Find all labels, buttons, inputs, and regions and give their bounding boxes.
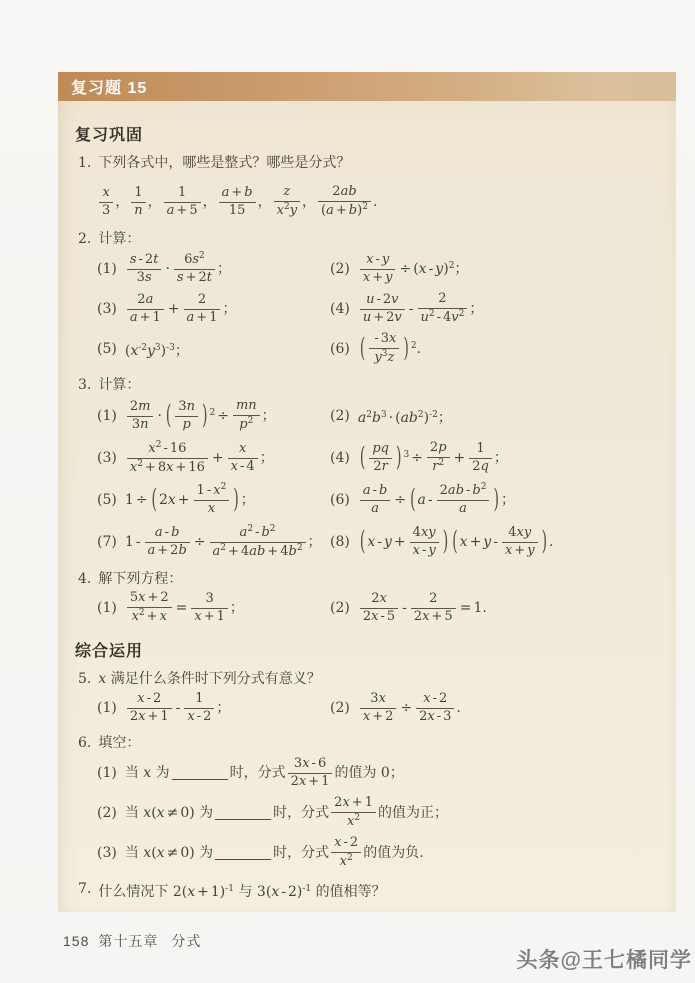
item-row: (1)x-22x+1-1x-2；(2)3xx+2÷x-22x-3. (97, 689, 666, 727)
problem-item: (5)(x-2y3)-3； (97, 338, 330, 361)
item-row: (3)2aa+1+2a+1；(4)u-2vu+2v-2u2-4v2； (97, 289, 666, 329)
problem-number: 6. (78, 733, 91, 753)
fraction: 1a+5 (164, 185, 201, 220)
problem: 5.x 满足什么条件时下列分式有意义？(1)x-22x+1-1x-2；(2)3x… (58, 669, 666, 727)
item-label: (2) (97, 803, 117, 823)
fraction: 6s2s+2t (174, 251, 215, 287)
item-row: (5)1÷(2x+1-x2x)；(6)a-ba÷(a-2ab-b2a)； (97, 479, 666, 521)
problem-item: x3，1n，1a+5，a+b15，zx2y，2ab(a+b)2. (97, 184, 666, 220)
problem-number: 5. (78, 669, 91, 689)
problem-item: (3)x2-16x2+8x+16+xx-4； (97, 440, 330, 477)
problem-intro: 3.计算： (58, 375, 666, 395)
problem-text: 解下列方程： (98, 569, 182, 589)
fraction: 1x-2 (184, 691, 214, 726)
item-label: (4) (330, 299, 350, 319)
item-math: x-yx+y÷(x-y)2； (358, 252, 469, 287)
fraction: 2x2x-5 (360, 591, 398, 626)
problem-number: 4. (78, 569, 91, 589)
item-row: (3)x2-16x2+8x+16+xx-4；(4)(pq2r)3÷2pr2+12… (97, 437, 666, 479)
problem-item: (1)当 x 为时，分式3x-62x+1的值为 0； (97, 756, 666, 791)
problem-items: (1)5x+2x2+x=3x+1；(2)2x2x-5-22x+5=1. (58, 589, 666, 627)
item-math: 1÷(2x+1-x2x)； (125, 482, 255, 518)
problem-item: (6)(-3xy3z)2. (330, 331, 666, 367)
fraction: a2-b2a2+4ab+4b2 (210, 524, 306, 561)
problem-number: 7. (78, 879, 91, 902)
problem-item: (1)2m3n·(3np)2÷mnp2； (97, 398, 330, 434)
fraction: 2x+1x2 (331, 795, 376, 831)
problem-item: (1)x-22x+1-1x-2； (97, 691, 330, 726)
problem-text: 填空： (98, 733, 140, 753)
exercise-title-banner: 复习题 15 (58, 72, 676, 101)
problem-intro: 7.什么情况下 2(x+1)-1 与 3(x-2)-1 的值相等？ (58, 879, 666, 902)
fraction: 12q (469, 441, 492, 476)
fraction: x-yx+y (360, 252, 396, 287)
problem-intro: 2.计算： (58, 229, 666, 249)
item-row: (7)1-a-ba+2b÷a2-b2a2+4ab+4b2；(8)(x-y+4xy… (97, 521, 666, 563)
fraction: a-ba+2b (145, 525, 190, 560)
problem: 4.解下列方程：(1)5x+2x2+x=3x+1；(2)2x2x-5-22x+5… (58, 569, 666, 627)
problem: 7.什么情况下 2(x+1)-1 与 3(x-2)-1 的值相等？ (58, 879, 666, 902)
item-math: (-3xy3z)2. (358, 331, 421, 367)
problem-text: 下列各式中，哪些是整式？哪些是分式？ (98, 153, 350, 173)
problem-number: 2. (78, 229, 91, 249)
fraction: x2-16x2+8x+16 (127, 440, 208, 477)
item-row: (1)当 x 为时，分式3x-62x+1的值为 0； (97, 753, 666, 793)
problem-item: (1)5x+2x2+x=3x+1； (97, 590, 330, 626)
fraction: mnp2 (233, 398, 260, 434)
item-row: (2)当 x(x≠0) 为时，分式2x+1x2的值为正； (97, 793, 666, 833)
problem-item: (3)2aa+1+2a+1； (97, 292, 330, 327)
problem-text: 什么情况下 2(x+1)-1 与 3(x-2)-1 的值相等？ (98, 879, 385, 902)
problem-number: 3. (78, 375, 91, 395)
fraction: 2u2-4v2 (418, 291, 468, 327)
item-label: (1) (97, 598, 117, 618)
item-math: a-ba÷(a-2ab-b2a)； (358, 482, 515, 518)
chapter-title: 分式 (171, 934, 201, 950)
fraction: 2m3n (127, 399, 154, 434)
problem-item: (4)(pq2r)3÷2pr2+12q； (330, 440, 666, 476)
item-math: x2-16x2+8x+16+xx-4； (125, 440, 274, 477)
item-label: (6) (330, 490, 350, 510)
blank-line (215, 806, 271, 820)
problem: 1.下列各式中，哪些是整式？哪些是分式？x3，1n，1a+5，a+b15，zx2… (58, 153, 666, 223)
item-label: (2) (330, 698, 350, 718)
problem: 2.计算：(1)s-2t3s·6s2s+2t；(2)x-yx+y÷(x-y)2；… (58, 229, 666, 369)
problem-intro: 6.填空： (58, 733, 666, 753)
item-row: x3，1n，1a+5，a+b15，zx2y，2ab(a+b)2. (97, 181, 666, 223)
problem-items: (1)s-2t3s·6s2s+2t；(2)x-yx+y÷(x-y)2；(3)2a… (58, 249, 666, 369)
blank-line (172, 766, 228, 780)
item-label: (7) (97, 532, 117, 552)
fraction: pq2r (369, 441, 392, 476)
item-label: (5) (97, 339, 117, 359)
item-math: 3xx+2÷x-22x-3. (358, 691, 461, 726)
item-label: (1) (97, 259, 117, 279)
item-math: 当 x(x≠0) 为时，分式x-2x2的值为负. (125, 835, 424, 871)
item-label: (3) (97, 843, 117, 863)
item-label: (4) (330, 448, 350, 468)
problem-item: (1)s-2t3s·6s2s+2t； (97, 251, 330, 287)
fraction: x-2x2 (331, 835, 361, 871)
problem-item: (3)当 x(x≠0) 为时，分式x-2x2的值为负. (97, 835, 666, 871)
item-label: (2) (330, 598, 350, 618)
problem-number: 1. (78, 153, 91, 173)
problem-item: (2)当 x(x≠0) 为时，分式2x+1x2的值为正； (97, 795, 666, 831)
problem-item: (6)a-ba÷(a-2ab-b2a)； (330, 482, 666, 518)
item-label: (6) (330, 339, 350, 359)
fraction: xx-4 (228, 441, 258, 476)
fraction: -3xy3z (369, 331, 399, 367)
problem-items: (1)当 x 为时，分式3x-62x+1的值为 0；(2)当 x(x≠0) 为时… (58, 753, 666, 873)
fraction: 2ab(a+b)2 (318, 184, 371, 220)
problem-item: (5)1÷(2x+1-x2x)； (97, 482, 330, 518)
item-math: 1-a-ba+2b÷a2-b2a2+4ab+4b2； (125, 524, 322, 561)
fraction: 4xyx+y (502, 525, 538, 560)
fraction: 3x-62x+1 (288, 756, 333, 791)
problem-item: (8)(x-y+4xyx-y)(x+y-4xyx+y). (330, 525, 666, 560)
problem-text: 计算： (98, 229, 140, 249)
problem: 6.填空：(1)当 x 为时，分式3x-62x+1的值为 0；(2)当 x(x≠… (58, 733, 666, 873)
item-math: s-2t3s·6s2s+2t； (125, 251, 231, 287)
section: 综合运用5.x 满足什么条件时下列分式有意义？(1)x-22x+1-1x-2；(… (58, 641, 666, 902)
item-label: (2) (330, 406, 350, 426)
item-label: (1) (97, 406, 117, 426)
fraction: 2a+1 (184, 292, 221, 327)
item-label: (3) (97, 448, 117, 468)
page-number: 158 (63, 933, 89, 949)
problem-items: x3，1n，1a+5，a+b15，zx2y，2ab(a+b)2. (58, 181, 666, 223)
item-math: 5x+2x2+x=3x+1； (125, 590, 244, 626)
exercise-title: 复习题 15 (71, 75, 147, 98)
item-row: (3)当 x(x≠0) 为时，分式x-2x2的值为负. (97, 833, 666, 873)
problem-item: (2)a2b3·(ab2)-2； (330, 405, 666, 428)
problem-intro: 1.下列各式中，哪些是整式？哪些是分式？ (58, 153, 666, 173)
problem-items: (1)2m3n·(3np)2÷mnp2；(2)a2b3·(ab2)-2；(3)x… (58, 395, 666, 563)
item-label: (8) (330, 532, 350, 552)
fraction: 22x+5 (411, 591, 456, 626)
problem: 3.计算：(1)2m3n·(3np)2÷mnp2；(2)a2b3·(ab2)-2… (58, 375, 666, 563)
item-row: (1)2m3n·(3np)2÷mnp2；(2)a2b3·(ab2)-2； (97, 395, 666, 437)
blank-line (215, 846, 271, 860)
textbook-page: 复习题 15 复习巩固1.下列各式中，哪些是整式？哪些是分式？x3，1n，1a+… (58, 72, 676, 912)
item-label: (5) (97, 490, 117, 510)
fraction: x-22x-3 (416, 691, 454, 726)
fraction: 3x+1 (191, 591, 228, 626)
fraction: 1n (131, 185, 145, 220)
item-math: x3，1n，1a+5，a+b15，zx2y，2ab(a+b)2. (97, 184, 377, 220)
item-label: (3) (97, 299, 117, 319)
item-row: (1)s-2t3s·6s2s+2t；(2)x-yx+y÷(x-y)2； (97, 249, 666, 289)
page-footer: 158第十五章分式 (63, 931, 201, 951)
item-math: u-2vu+2v-2u2-4v2； (358, 291, 484, 327)
problem-item: (2)3xx+2÷x-22x-3. (330, 691, 666, 726)
item-math: 2aa+1+2a+1； (125, 292, 237, 327)
chapter-label: 第十五章 (98, 934, 158, 950)
item-math: a2b3·(ab2)-2； (358, 405, 452, 428)
section-heading: 复习巩固 (75, 125, 666, 147)
item-math: x-22x+1-1x-2； (125, 691, 231, 726)
item-math: (x-y+4xyx-y)(x+y-4xyx+y). (358, 525, 554, 560)
item-row: (1)5x+2x2+x=3x+1；(2)2x2x-5-22x+5=1. (97, 589, 666, 627)
fraction: 3xx+2 (360, 691, 397, 726)
item-label: (1) (97, 698, 117, 718)
fraction: zx2y (274, 184, 300, 220)
item-math: 2m3n·(3np)2÷mnp2； (125, 398, 276, 434)
problem-item: (4)u-2vu+2v-2u2-4v2； (330, 291, 666, 327)
fraction: a-ba (360, 483, 391, 518)
fraction: 5x+2x2+x (127, 590, 172, 626)
section-heading: 综合运用 (75, 641, 666, 663)
fraction: x3 (99, 185, 113, 220)
item-row: (5)(x-2y3)-3；(6)(-3xy3z)2. (97, 329, 666, 369)
problem-text: x 满足什么条件时下列分式有意义？ (98, 669, 320, 689)
item-math: 2x2x-5-22x+5=1. (358, 591, 487, 626)
problem-item: (7)1-a-ba+2b÷a2-b2a2+4ab+4b2； (97, 524, 330, 561)
item-math: (pq2r)3÷2pr2+12q； (358, 440, 508, 476)
fraction: 1-x2x (194, 482, 230, 518)
problem-item: (2)x-yx+y÷(x-y)2； (330, 252, 666, 287)
item-label: (1) (97, 763, 117, 783)
problem-items: (1)x-22x+1-1x-2；(2)3xx+2÷x-22x-3. (58, 689, 666, 727)
item-math: 当 x 为时，分式3x-62x+1的值为 0； (125, 756, 404, 791)
watermark: 头条@王七橘同学 (517, 944, 692, 974)
fraction: s-2t3s (127, 252, 162, 287)
fraction: a+b15 (219, 185, 256, 220)
section: 复习巩固1.下列各式中，哪些是整式？哪些是分式？x3，1n，1a+5，a+b15… (58, 125, 666, 627)
problem-item: (2)2x2x-5-22x+5=1. (330, 591, 666, 626)
fraction: x-22x+1 (127, 691, 172, 726)
problem-text: 计算： (98, 375, 140, 395)
problem-intro: 4.解下列方程： (58, 569, 666, 589)
fraction: 2ab-b2a (437, 482, 490, 518)
fraction: u-2vu+2v (360, 292, 405, 327)
item-math: (x-2y3)-3； (125, 338, 189, 361)
item-label: (2) (330, 259, 350, 279)
fraction: 3np (175, 399, 198, 434)
page-content: 复习巩固1.下列各式中，哪些是整式？哪些是分式？x3，1n，1a+5，a+b15… (58, 125, 676, 902)
fraction: 2aa+1 (127, 292, 164, 327)
fraction: 4xyx-y (410, 525, 439, 560)
item-math: 当 x(x≠0) 为时，分式2x+1x2的值为正； (125, 795, 448, 831)
problem-intro: 5.x 满足什么条件时下列分式有意义？ (58, 669, 666, 689)
fraction: 2pr2 (427, 440, 450, 476)
